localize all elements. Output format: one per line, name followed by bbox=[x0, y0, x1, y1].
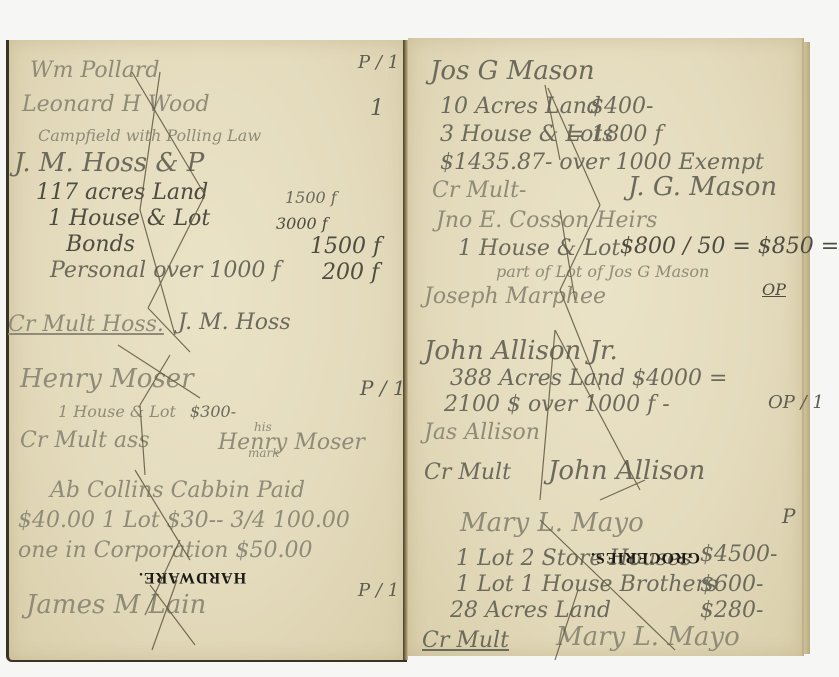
entry-mark: 1 bbox=[370, 96, 384, 121]
credit-label: Cr Mult bbox=[422, 628, 509, 653]
item-value: 3000 f bbox=[276, 214, 328, 233]
item-value: $4500- bbox=[700, 542, 777, 567]
item-text: 117 acres Land bbox=[36, 180, 208, 205]
signature: Mary L. Mayo bbox=[556, 622, 740, 652]
item-text: 1 House & Lot bbox=[48, 206, 210, 231]
item-text: 1 House & Lot bbox=[58, 402, 176, 421]
entry-note: Campfield with Polling Law bbox=[38, 126, 261, 145]
entry-note: $40.00 1 Lot $30-- 3/4 100.00 bbox=[18, 508, 350, 533]
item-text: 2100 $ over 1000 f - bbox=[444, 392, 670, 417]
entry-name: Mary L. Mayo bbox=[460, 508, 644, 538]
item-value: = 1800 f bbox=[566, 122, 663, 147]
entry-mark: P bbox=[782, 504, 795, 528]
item-text: 10 Acres Land bbox=[440, 94, 601, 119]
credit-label: Cr Mult- bbox=[432, 178, 526, 203]
notebook-spread: Wm Pollard P / 1 Leonard H Wood 1 Campfi… bbox=[0, 0, 839, 677]
item-text: Personal over 1000 f bbox=[50, 258, 281, 283]
entry-name: James M Lain bbox=[26, 590, 206, 620]
entry-name: Joseph Marphee bbox=[424, 284, 606, 309]
signature: John Allison bbox=[548, 456, 705, 486]
entry-mark: OP / 1 bbox=[768, 392, 824, 413]
item-text: 1 House & Lot bbox=[458, 236, 620, 261]
entry-name: Leonard H Wood bbox=[22, 92, 210, 117]
item-text: 28 Acres Land bbox=[450, 598, 611, 623]
item-text: Bonds bbox=[66, 232, 135, 257]
item-value: $600- bbox=[700, 572, 763, 597]
entry-note: Ab Collins Cabbin Paid bbox=[50, 478, 305, 503]
entry-name: Jas Allison bbox=[424, 420, 540, 445]
entry-mark: P / 1 bbox=[358, 580, 399, 601]
entry-name: J. M. Hoss & P bbox=[14, 148, 204, 178]
entry-mark: P / 1 bbox=[360, 376, 406, 400]
signature: J. M. Hoss bbox=[178, 310, 291, 335]
item-value: $4000 = bbox=[632, 366, 727, 391]
entry-note: one in Corporation $50.00 bbox=[18, 538, 312, 563]
item-text: 388 Acres Land bbox=[450, 366, 625, 391]
signature: J. G. Mason bbox=[628, 172, 777, 202]
item-value: OP bbox=[762, 280, 786, 299]
signature-below: mark bbox=[248, 446, 280, 460]
credit-label: Cr Mult bbox=[424, 460, 511, 485]
item-value: 1500 f bbox=[310, 234, 381, 259]
item-value: 1500 f bbox=[285, 188, 337, 207]
item-value: $300- bbox=[190, 402, 236, 421]
credit-label: Cr Mult Hoss. bbox=[8, 312, 164, 337]
entry-name: Wm Pollard bbox=[30, 58, 159, 83]
entry-name: Jno E. Cosson Heirs bbox=[436, 208, 657, 233]
item-value: $800 / 50 = $850 = bbox=[620, 234, 839, 259]
entry-name: Henry Moser bbox=[20, 364, 194, 394]
entry-mark: P / 1 bbox=[358, 52, 399, 73]
entry-name: John Allison Jr. bbox=[424, 336, 618, 366]
item-value: $280- bbox=[700, 598, 763, 623]
credit-label: Cr Mult ass bbox=[20, 428, 150, 453]
item-text: 1 Lot 1 House Brothers bbox=[456, 572, 717, 597]
item-text: part of Lot of Jos G Mason bbox=[496, 262, 709, 281]
item-value: $400- bbox=[590, 94, 653, 119]
item-value: 200 f bbox=[322, 260, 379, 285]
entry-name: Jos G Mason bbox=[430, 56, 595, 86]
signature: Henry Moser bbox=[218, 430, 365, 455]
printed-stamp-groceries: GROCERIES. bbox=[590, 548, 700, 566]
printed-stamp-hardware: HARDWARE. bbox=[138, 568, 246, 586]
